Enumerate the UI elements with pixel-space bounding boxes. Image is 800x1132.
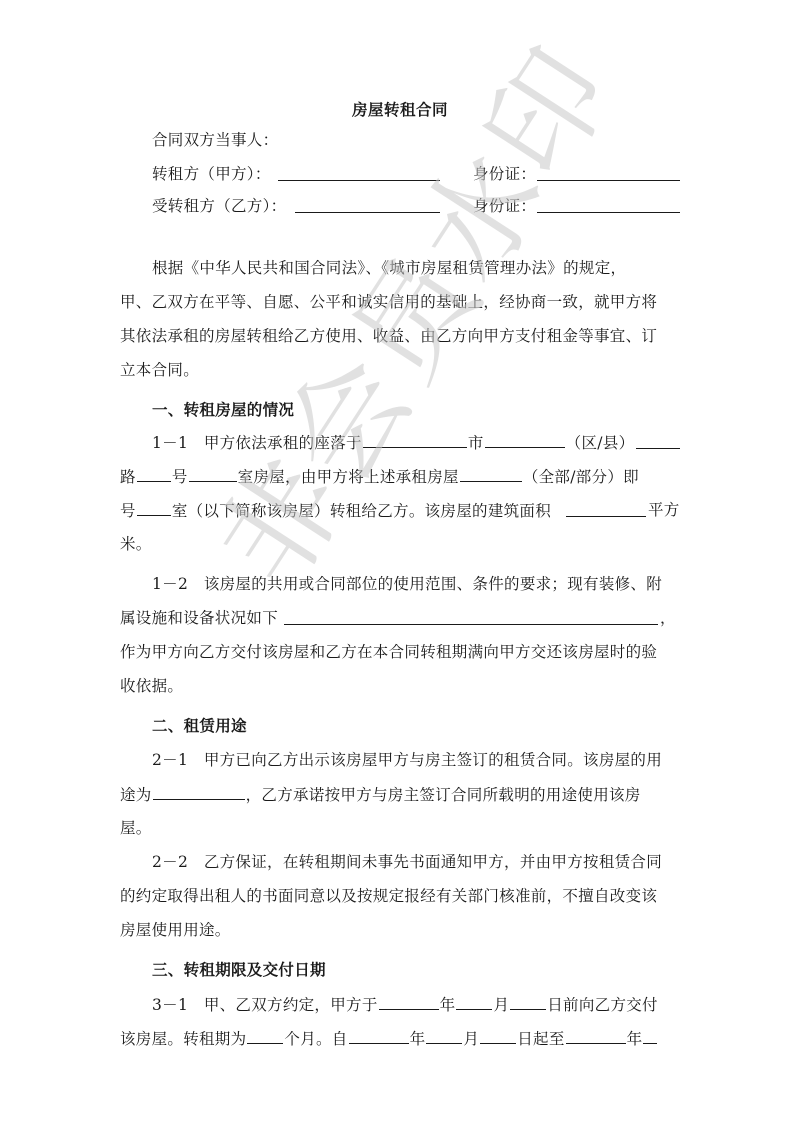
clause-text: 年 <box>627 1030 643 1048</box>
sublessor-row: 转租方（甲方）： <box>152 164 271 184</box>
preamble-line-3: 其依法承租的房屋转租给乙方使用、收益、由乙方向甲方支付租金等事宜、订 <box>120 326 657 346</box>
clause-text: （区/县） <box>566 434 635 452</box>
section-2-heading: 二、租赁用途 <box>152 716 247 736</box>
handover-year-field[interactable] <box>379 994 439 1010</box>
clause-text: 个月。自 <box>284 1030 347 1048</box>
sublessee-row: 受转租方（乙方）： <box>152 196 286 216</box>
clause-2-2-line-2: 的约定取得出租人的书面同意以及按规定报经有关部门核准前，不擅自改变该 <box>120 886 657 906</box>
clause-number: 1－1 <box>152 434 188 452</box>
clause-text: （全部/部分）即 <box>523 468 639 486</box>
usage-field[interactable] <box>153 784 245 800</box>
handover-day-field[interactable] <box>510 994 546 1010</box>
clause-text: 甲、乙双方约定，甲方于 <box>204 996 378 1014</box>
clause-text: 室（以下简称该房屋）转租给乙方。该房屋的建筑面积 <box>172 502 551 520</box>
clause-text: ，乙方承诺按甲方与房主签订合同所载明的用途使用该房 <box>246 786 641 804</box>
preamble-line-2: 甲、乙双方在平等、自愿、公平和诚实信用的基础上，经协商一致，就甲方将 <box>120 292 657 312</box>
preamble-line-1: 根据《中华人民共和国合同法》、《城市房屋租赁管理办法》的规定， <box>152 258 626 278</box>
clause-3-1-line-1: 3－1 甲、乙双方约定，甲方于年月日前向乙方交付 <box>152 994 658 1015</box>
sublessor-label: 转租方（甲方）： <box>152 165 271 183</box>
document-title: 房屋转租合同 <box>0 98 800 120</box>
sublessor-id-field[interactable] <box>537 179 680 181</box>
term-months-field[interactable] <box>247 1028 283 1044</box>
end-year-field[interactable] <box>566 1028 626 1044</box>
section-3-heading: 三、转租期限及交付日期 <box>152 960 326 980</box>
document-page: 房屋转租合同 合同双方当事人： 转租方（甲方）： 身份证： 受转租方（乙方）： … <box>0 0 800 1132</box>
sublessor-id-label: 身份证： <box>473 164 536 184</box>
start-month-field[interactable] <box>426 1028 462 1044</box>
parties-label: 合同双方当事人： <box>152 130 278 150</box>
clause-text: 月 <box>493 996 509 1014</box>
scope-field[interactable] <box>460 466 522 482</box>
sublessee-id-label: 身份证： <box>473 196 536 216</box>
clause-2-1-line-1: 2－1 甲方已向乙方出示该房屋甲方与房主签订的租赁合同。该房屋的用 <box>152 750 662 770</box>
clause-text: 甲方依法承租的座落于 <box>204 434 362 452</box>
clause-text: 市 <box>468 434 484 452</box>
clause-text: 号 <box>172 468 188 486</box>
clause-text: 平方 <box>648 500 680 520</box>
clause-1-1-line-2: 路号室房屋，由甲方将上述承租房屋（全部/部分）即 <box>120 466 639 487</box>
clause-number: 3－1 <box>152 996 188 1014</box>
preamble-line-4: 立本合同。 <box>120 360 199 380</box>
clause-text: 途为 <box>120 786 152 804</box>
clause-text: 路 <box>120 468 136 486</box>
clause-number: 2－1 <box>152 751 188 769</box>
facilities-condition-field[interactable] <box>284 623 658 625</box>
clause-text: ， <box>660 608 676 628</box>
clause-1-1-line-3: 号室（以下简称该房屋）转租给乙方。该房屋的建筑面积 <box>120 500 551 521</box>
clause-text: 属设施和设备状况如下 <box>120 609 278 627</box>
clause-1-1-line-1: 1－1 甲方依法承租的座落于市（区/县） <box>152 432 634 453</box>
district-field[interactable] <box>485 432 565 448</box>
sublessee-id-field[interactable] <box>537 211 680 213</box>
clause-text: 乙方保证，在转租期间未事先书面通知甲方，并由甲方按租赁合同 <box>204 853 662 871</box>
sublessor-name-field[interactable] <box>278 179 440 181</box>
sublessee-name-field[interactable] <box>295 211 440 213</box>
clause-text: 号 <box>120 502 136 520</box>
clause-number: 2－2 <box>152 853 188 871</box>
clause-text: 室房屋，由甲方将上述承租房屋 <box>238 468 459 486</box>
clause-number: 1－2 <box>152 575 188 593</box>
clause-1-2-line-2: 属设施和设备状况如下 <box>120 608 278 628</box>
clause-2-1-line-3: 屋。 <box>120 818 152 838</box>
clause-1-1-line-4: 米。 <box>120 534 152 554</box>
clause-2-2-line-3: 房屋使用用途。 <box>120 920 231 940</box>
clause-text: 年 <box>440 996 456 1014</box>
sublessee-label: 受转租方（乙方）： <box>152 197 286 215</box>
start-year-field[interactable] <box>349 1028 409 1044</box>
unit-number-field[interactable] <box>137 500 171 516</box>
section-1-heading: 一、转租房屋的情况 <box>152 400 294 420</box>
end-month-field[interactable] <box>643 1028 657 1044</box>
clause-text: 该房屋。转租期为 <box>120 1030 246 1048</box>
room-field[interactable] <box>189 466 237 482</box>
city-field[interactable] <box>363 432 467 448</box>
number-field[interactable] <box>137 466 171 482</box>
clause-text: 日前向乙方交付 <box>547 996 658 1014</box>
clause-text: 月 <box>463 1030 479 1048</box>
handover-month-field[interactable] <box>456 994 492 1010</box>
clause-2-1-line-2: 途为，乙方承诺按甲方与房主签订合同所载明的用途使用该房 <box>120 784 641 805</box>
clause-1-2-line-1: 1－2 该房屋的共用或合同部位的使用范围、条件的要求；现有装修、附 <box>152 574 662 594</box>
clause-2-2-line-1: 2－2 乙方保证，在转租期间未事先书面通知甲方，并由甲方按租赁合同 <box>152 852 662 872</box>
start-day-field[interactable] <box>480 1028 516 1044</box>
road-field[interactable] <box>636 447 680 449</box>
clause-1-2-line-4: 收依据。 <box>120 676 183 696</box>
clause-3-1-line-2: 该房屋。转租期为个月。自年月日起至年 <box>120 1028 658 1049</box>
clause-text: 年 <box>410 1030 426 1048</box>
area-field[interactable] <box>566 515 646 517</box>
clause-1-2-line-3: 作为甲方向乙方交付该房屋和乙方在本合同转租期满向甲方交还该房屋时的验 <box>120 642 657 662</box>
clause-text: 该房屋的共用或合同部位的使用范围、条件的要求；现有装修、附 <box>204 575 662 593</box>
clause-text: 甲方已向乙方出示该房屋甲方与房主签订的租赁合同。该房屋的用 <box>204 751 662 769</box>
clause-text: 日起至 <box>517 1030 564 1048</box>
